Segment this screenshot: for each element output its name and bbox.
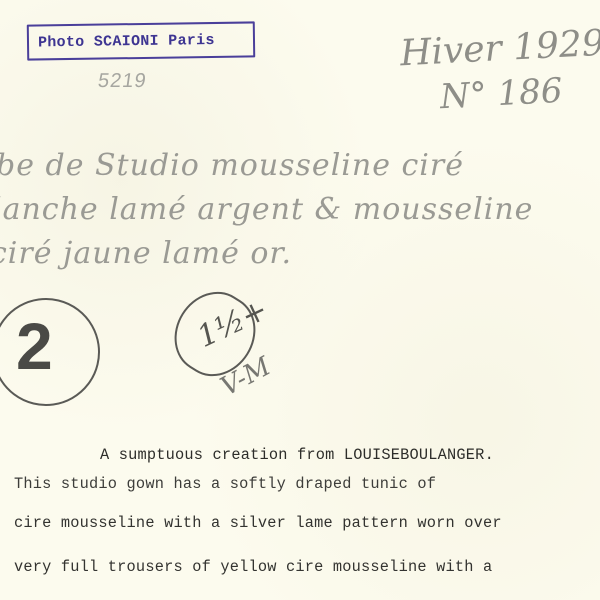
caption-line: This studio gown has a softly draped tun…	[14, 475, 436, 493]
caption-line: cire mousseline with a silver lame patte…	[14, 514, 502, 532]
circled-mark-left-text: 2	[16, 308, 53, 384]
stamp-text: Photo SCAIONI Paris	[38, 31, 215, 50]
reference-number: 5219	[96, 70, 148, 93]
handwritten-description-line: ciré jaune lamé or.	[0, 236, 292, 271]
caption-line: very full trousers of yellow cire mousse…	[14, 558, 492, 576]
photographer-stamp: Photo SCAIONI Paris	[27, 21, 255, 60]
plate-number: N° 186	[439, 71, 563, 117]
handwritten-description-line: be de Studio mousseline ciré	[0, 148, 464, 183]
caption-line: A sumptuous creation from LOUISEBOULANGE…	[100, 446, 494, 464]
handwritten-description-line: lanche lamé argent & mousseline	[0, 192, 533, 227]
